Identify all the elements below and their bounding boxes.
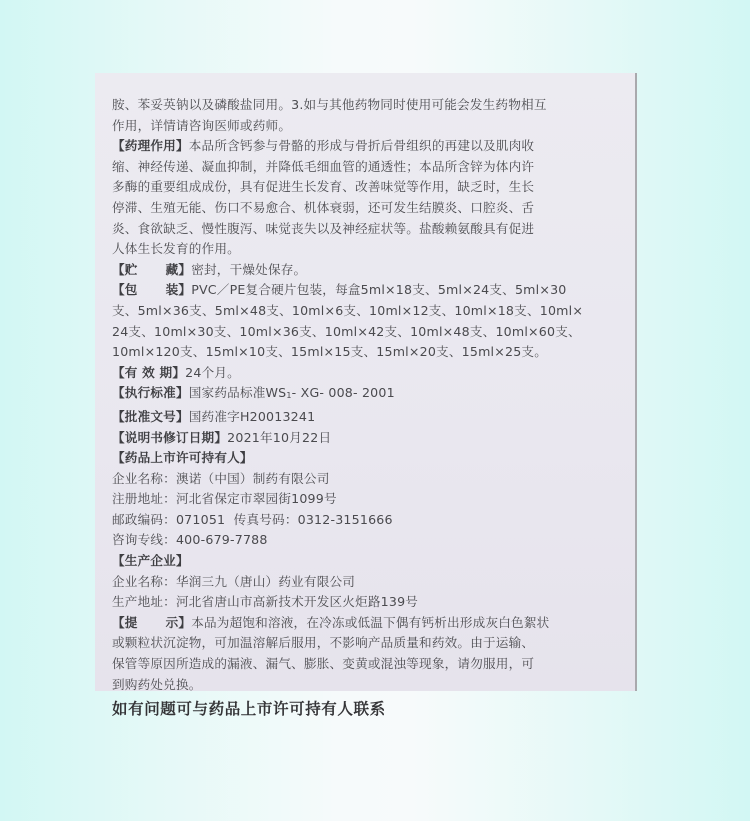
interaction-line-2: 作用，详情请咨询医师或药师。 — [112, 116, 612, 137]
mah-address: 注册地址：河北省保定市翠园街1099号 — [112, 489, 612, 510]
storage-line: 【贮藏】密封，干燥处保存。 — [112, 260, 612, 281]
standard-text: 国家药品标准WS1- XG- 008- 2001 — [189, 385, 395, 400]
notice-line-4: 到购药处兑换。 — [112, 675, 612, 696]
notice-text: 本品为超饱和溶液，在冷冻或低温下偶有钙析出形成灰白色絮状 — [191, 615, 549, 630]
packaging-line-4: 10ml×120支、15ml×10支、15ml×15支、15ml×20支、15m… — [112, 342, 612, 363]
mah-postcode-fax: 邮政编码：071051 传真号码：0312-3151666 — [112, 510, 612, 531]
storage-label: 【贮藏】 — [112, 262, 191, 277]
pharmacology-line-4: 停滞、生殖无能、伤口不易愈合、机体衰弱，还可发生结膜炎、口腔炎、舌 — [112, 198, 612, 219]
revision-label: 【说明书修订日期】 — [112, 430, 227, 445]
notice-line-1: 【提示】本品为超饱和溶液，在冷冻或低温下偶有钙析出形成灰白色絮状 — [112, 613, 612, 634]
standard-line: 【执行标准】国家药品标准WS1- XG- 008- 2001 — [112, 383, 612, 407]
packaging-line-3: 24支、10ml×30支、10ml×36支、10ml×42支、10ml×48支、… — [112, 322, 612, 343]
pharmacology-line-5: 炎、食欲缺乏、慢性腹泻、味觉丧失以及神经症状等。盐酸赖氨酸具有促进 — [112, 219, 612, 240]
manufacturer-address: 生产地址：河北省唐山市高新技术开发区火炬路139号 — [112, 592, 612, 613]
interaction-line-1: 胺、苯妥英钠以及磷酸盐同用。3.如与其他药物同时使用可能会发生药物相互 — [112, 95, 612, 116]
approval-line: 【批准文号】国药准字H20013241 — [112, 407, 612, 428]
pharmacology-line-1: 【药理作用】本品所含钙参与骨骼的形成与骨折后骨组织的再建以及肌肉收 — [112, 136, 612, 157]
mah-company-name: 企业名称：澳诺（中国）制药有限公司 — [112, 469, 612, 490]
manufacturer-label: 【生产企业】 — [112, 551, 612, 572]
approval-label: 【批准文号】 — [112, 409, 189, 424]
leaflet-content: 胺、苯妥英钠以及磷酸盐同用。3.如与其他药物同时使用可能会发生药物相互 作用，详… — [112, 95, 612, 720]
pharmacology-line-2: 缩、神经传递、凝血抑制，并降低毛细血管的通透性；本品所含锌为体内许 — [112, 157, 612, 178]
pharmacology-text: 本品所含钙参与骨骼的形成与骨折后骨组织的再建以及肌肉收 — [189, 138, 534, 153]
standard-label: 【执行标准】 — [112, 385, 189, 400]
pharmacology-label: 【药理作用】 — [112, 138, 189, 153]
revision-date: 2021年10月22日 — [227, 430, 331, 445]
packaging-line-2: 支、5ml×36支、5ml×48支、10ml×6支、10ml×12支、10ml×… — [112, 301, 612, 322]
pharmacology-line-6: 人体生长发育的作用。 — [112, 239, 612, 260]
revision-line: 【说明书修订日期】2021年10月22日 — [112, 428, 612, 449]
notice-line-2: 或颗粒状沉淀物，可加温溶解后服用，不影响产品质量和药效。由于运输、 — [112, 633, 612, 654]
leaflet-paper: 胺、苯妥英钠以及磷酸盐同用。3.如与其他药物同时使用可能会发生药物相互 作用，详… — [95, 73, 637, 691]
notice-label: 【提示】 — [112, 615, 191, 630]
approval-number: 国药准字H20013241 — [189, 409, 316, 424]
validity-line: 【有 效 期】24个月。 — [112, 363, 612, 384]
pharmacology-line-3: 多酶的重要组成成份，具有促进生长发育、改善味觉等作用，缺乏时，生长 — [112, 177, 612, 198]
mah-label: 【药品上市许可持有人】 — [112, 448, 612, 469]
notice-line-3: 保管等原因所造成的漏液、漏气、膨胀、变黄或混浊等现象，请勿服用，可 — [112, 654, 612, 675]
validity-label: 【有 效 期】 — [112, 365, 185, 380]
packaging-text: PVC／PE复合硬片包装，每盒5ml×18支、5ml×24支、5ml×30 — [191, 282, 566, 297]
mah-hotline: 咨询专线：400-679-7788 — [112, 530, 612, 551]
manufacturer-company-name: 企业名称：华润三九（唐山）药业有限公司 — [112, 572, 612, 593]
contact-notice-bold: 如有问题可与药品上市许可持有人联系 — [112, 698, 612, 720]
packaging-label: 【包装】 — [112, 282, 191, 297]
storage-text: 密封，干燥处保存。 — [191, 262, 306, 277]
validity-text: 24个月。 — [185, 365, 240, 380]
packaging-line-1: 【包装】PVC／PE复合硬片包装，每盒5ml×18支、5ml×24支、5ml×3… — [112, 280, 612, 301]
